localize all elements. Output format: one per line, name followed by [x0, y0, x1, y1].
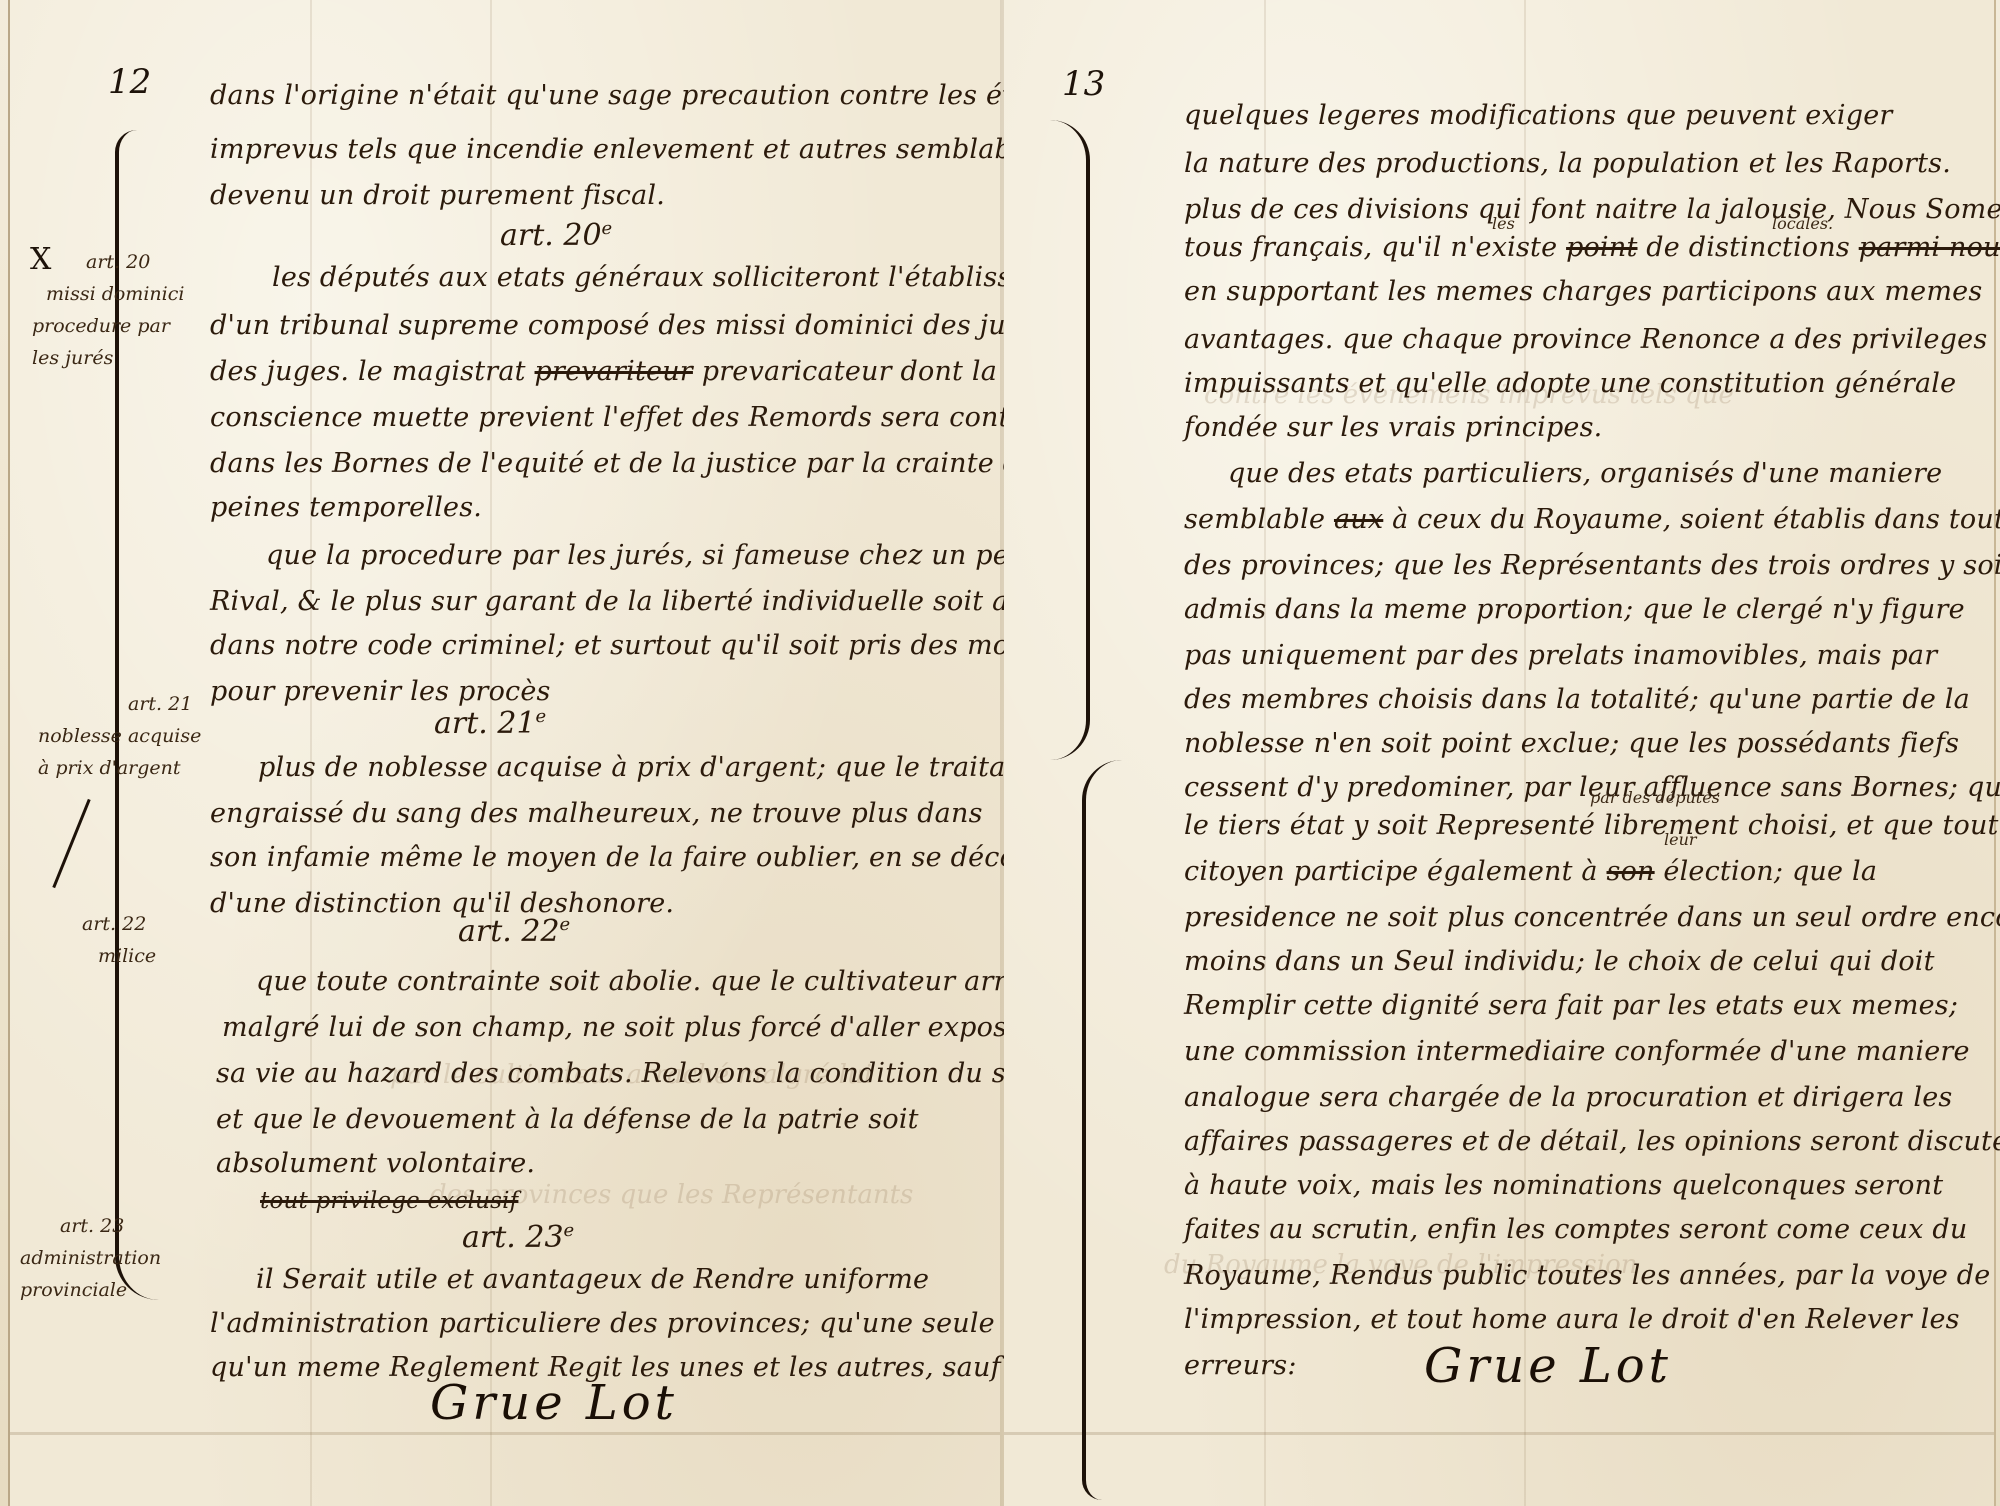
- margin-note-art22: art. 22 milice: [82, 908, 156, 972]
- text-line: les députés aux etats généraux sollicite…: [272, 262, 1098, 293]
- text-line: dans notre code criminel; et surtout qu'…: [210, 630, 1073, 661]
- page-number-left: 12: [108, 62, 151, 102]
- text-line: tous français, qu'il n'existe point de d…: [1184, 232, 2000, 263]
- text-line: des juges. le magistrat prevariteur prev…: [210, 356, 997, 387]
- article-heading-22: art. 22e: [458, 914, 570, 949]
- text-line: et que le devouement à la défense de la …: [216, 1104, 919, 1135]
- text-line: une commission intermediaire conformée d…: [1184, 1036, 1970, 1067]
- text-line: presidence ne soit plus concentrée dans …: [1184, 902, 2000, 933]
- text-line: fondée sur les vrais principes.: [1184, 412, 1602, 443]
- text-line: des provinces; que les Représentants des…: [1184, 550, 2000, 581]
- text-line: semblable aux à ceux du Royaume, soient …: [1184, 504, 2000, 535]
- margin-note-art20: art. 20 missi dominici procedure par les…: [32, 246, 184, 374]
- text-line: pour prevenir les procès: [210, 676, 551, 707]
- text-line: pas uniquement par des prelats inamovibl…: [1184, 640, 1937, 671]
- page-number-right: 13: [1062, 64, 1105, 104]
- struck-word: prevariteur: [535, 356, 693, 387]
- text-line: peines temporelles.: [210, 492, 482, 523]
- text-line: l'impression, et tout home aura le droit…: [1184, 1304, 1960, 1335]
- text-line: engraissé du sang des malheureux, ne tro…: [210, 798, 983, 829]
- manuscript-spread: par le cultivateur arraché malgré lui de…: [0, 0, 2000, 1506]
- text-line: dans l'origine n'était qu'une sage preca…: [210, 80, 1141, 111]
- text-line: conscience muette previent l'effet des R…: [210, 402, 1061, 433]
- text-line: plus de ces divisions qui font naitre la…: [1184, 194, 2000, 225]
- interlinear-insert: par des députés: [1590, 788, 1720, 807]
- text-line: impuissants et qu'elle adopte une consti…: [1184, 368, 1956, 399]
- text-line: Royaume, Rendus public toutes les années…: [1184, 1260, 1990, 1291]
- struck-line: tout privilege exclusif: [260, 1188, 518, 1214]
- text-line: affaires passageres et de détail, les op…: [1184, 1126, 2000, 1157]
- text-line: dans les Bornes de l'equité et de la jus…: [210, 448, 1051, 479]
- text-line: analogue sera chargée de la procuration …: [1184, 1082, 1953, 1113]
- interlinear-insert: locales.: [1772, 214, 1833, 233]
- text-line: citoyen participe également à son électi…: [1184, 856, 1877, 887]
- text-line: devenu un droit purement fiscal.: [210, 180, 665, 211]
- article-heading-20: art. 20e: [500, 218, 612, 253]
- margin-bracket-right-upper: [1046, 120, 1090, 760]
- text-line: avantages. que chaque province Renonce a…: [1184, 324, 1987, 355]
- text-line: que la procedure par les jurés, si fameu…: [266, 540, 1069, 571]
- text-line: le tiers état y soit Representé libremen…: [1184, 810, 1999, 841]
- text-line: sa vie au hazard des combats. Relevons l…: [216, 1058, 1076, 1089]
- text-line: imprevus tels que incendie enlevement et…: [210, 134, 1110, 165]
- signature: Grue Lot: [1424, 1338, 1672, 1394]
- text-line: moins dans un Seul individu; le choix de…: [1184, 946, 1935, 977]
- text-line: la nature des productions, la population…: [1184, 148, 1951, 179]
- text-line: faites au scrutin, enfin les comptes ser…: [1184, 1214, 1967, 1245]
- text-line: absolument volontaire.: [216, 1148, 535, 1179]
- left-page: par le cultivateur arraché malgré lui de…: [8, 0, 1000, 1506]
- text-line: il Serait utile et avantageux de Rendre …: [256, 1264, 929, 1295]
- text-line: en supportant les memes charges particip…: [1184, 276, 1982, 307]
- text-line: quelques legeres modifications que peuve…: [1184, 100, 1893, 131]
- text-line: son infamie même le moyen de la faire ou…: [210, 842, 1074, 873]
- margin-note-art23: art. 23 administration provinciale: [20, 1210, 161, 1306]
- text-line: que des etats particuliers, organisés d'…: [1228, 458, 1942, 489]
- margin-note-art21: art. 21 noblesse acquise à prix d'argent: [38, 688, 201, 784]
- text-line: l'administration particuliere des provin…: [210, 1308, 1047, 1339]
- article-heading-21: art. 21e: [434, 706, 546, 741]
- interlinear-insert: les: [1492, 214, 1515, 233]
- text-line: Remplir cette dignité sera fait par les …: [1184, 990, 1958, 1021]
- text-line: d'un tribunal supreme composé des missi …: [210, 310, 1054, 341]
- right-page: contre les évenemens imprevus tels que d…: [1004, 0, 1996, 1506]
- text-line: malgré lui de son champ, ne soit plus fo…: [222, 1012, 1036, 1043]
- text-line: plus de noblesse acquise à prix d'argent…: [258, 752, 1034, 783]
- text-line: à haute voix, mais les nominations quelc…: [1184, 1170, 1943, 1201]
- text-line: noblesse n'en soit point exclue; que les…: [1184, 728, 1959, 759]
- margin-bracket-right-lower: [1082, 760, 1126, 1500]
- text-line: des membres choisis dans la totalité; qu…: [1184, 684, 1970, 715]
- scribble-mark-icon: [52, 799, 90, 888]
- text-line: erreurs:: [1184, 1350, 1297, 1381]
- article-heading-23: art. 23e: [462, 1220, 574, 1255]
- signature: Grue Lot: [430, 1375, 678, 1431]
- text-line: Rival, & le plus sur garant de la libert…: [210, 586, 1091, 617]
- text-line: admis dans la meme proportion; que le cl…: [1184, 594, 1965, 625]
- interlinear-insert: leur: [1664, 830, 1697, 849]
- text-line: d'une distinction qu'il deshonore.: [210, 888, 674, 919]
- text-line: que toute contrainte soit abolie. que le…: [256, 966, 1072, 997]
